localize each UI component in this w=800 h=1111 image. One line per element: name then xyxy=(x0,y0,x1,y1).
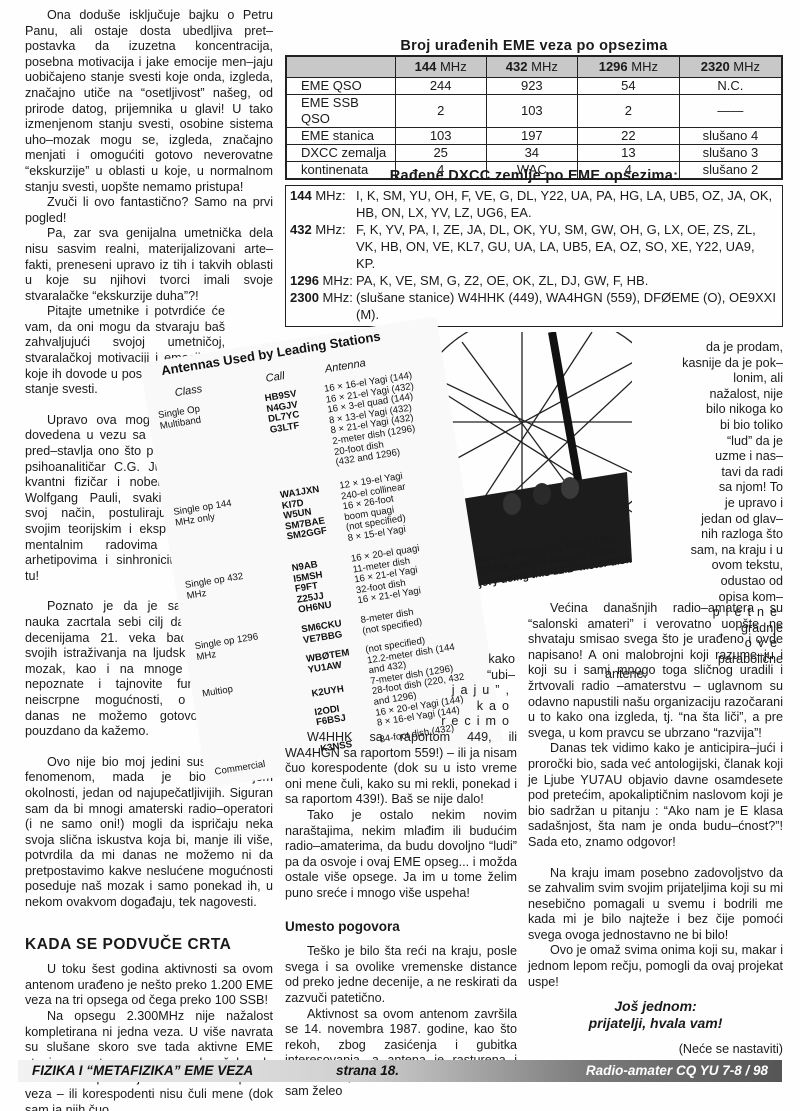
table-cell: 25 xyxy=(395,145,486,162)
country-list: PA, K, VE, SM, G, Z2, OE, OK, ZL, DJ, GW… xyxy=(356,272,776,289)
table-row: EME QSO 244 923 54 N.C. xyxy=(286,78,782,95)
eme-table: 144 MHz 432 MHz 1296 MHz 2320 MHz EME QS… xyxy=(285,55,783,180)
page-footer: FIZIKA I “METAFIZIKA” EME VEZA strana 18… xyxy=(18,1060,782,1082)
continuation-note: (Neće se nastaviti) xyxy=(528,1042,783,1058)
table-cell: 2 xyxy=(577,95,679,128)
country-list: F, K, YV, PA, I, ZE, JA, DL, OK, YU, SM,… xyxy=(356,221,776,272)
table-cell: 103 xyxy=(395,128,486,145)
band-label: 1296 MHz: xyxy=(290,272,356,289)
table-cell: slušano 3 xyxy=(679,145,782,162)
table-title: Broj urađenih EME veza po opsezima xyxy=(285,38,783,54)
closing-line: prijatelji, hvala vam! xyxy=(528,1015,783,1032)
paragraph: Danas tek vidimo kako je anticipira–jući… xyxy=(528,741,783,850)
dxcc-list-box: 144 MHz: I, K, SM, YU, OH, F, VE, G, DL,… xyxy=(285,185,783,327)
antenna-group: Single op 144 MHz only WA1JXNKI7DW5UNSM7… xyxy=(163,463,459,510)
table-cell: 197 xyxy=(486,128,577,145)
country-list: (slušane stanice) W4HHK (449), WA4HGN (5… xyxy=(356,289,776,323)
paragraph: Teško je bilo šta reći na kraju, posle s… xyxy=(285,944,517,1006)
page-number: strana 18. xyxy=(336,1063,399,1078)
table-cell: 34 xyxy=(486,145,577,162)
paragraph: Zvuči li ovo fantastično? Samo na prvi p… xyxy=(25,195,273,226)
dxcc-row: 144 MHz: I, K, SM, YU, OH, F, VE, G, DL,… xyxy=(290,187,776,221)
band-label: 432 MHz: xyxy=(290,221,356,272)
dxcc-countries-box: Rađene DXCC zemlje po EME opsezima: 144 … xyxy=(285,168,783,327)
magazine-page: Ona doduše isključuje bajku o Petru Panu… xyxy=(0,0,800,1111)
table-header: 144 MHz xyxy=(395,56,486,78)
table-cell: 923 xyxy=(486,78,577,95)
table-cell: 244 xyxy=(395,78,486,95)
row-label: EME stanica xyxy=(286,128,395,145)
table-cell: N.C. xyxy=(679,78,782,95)
paragraph: Ona doduše isključuje bajku o Petru Panu… xyxy=(25,8,273,195)
paragraph: Pa, zar sva genijalna umetnička dela nis… xyxy=(25,226,273,304)
table-header-empty xyxy=(286,56,395,78)
paragraph: W4HHK sa raportom 449, ili WA4HGN sa rap… xyxy=(285,730,517,808)
right-column: Većina današnjih radio–amatera su “salon… xyxy=(528,601,783,1058)
table-cell: slušano 4 xyxy=(679,128,782,145)
table-cell: 22 xyxy=(577,128,679,145)
band-label: 144 MHz: xyxy=(290,187,356,221)
table-row: EME SSB QSO 2 103 2 —— xyxy=(286,95,782,128)
mid-wrap-lines: kako “ubi– jaju”, kao recimo xyxy=(435,652,515,730)
table-row: EME stanica 103 197 22 slušano 4 xyxy=(286,128,782,145)
row-label: EME QSO xyxy=(286,78,395,95)
paragraph: U toku šest godina aktivnosti sa ovom an… xyxy=(25,962,273,1009)
dxcc-row: 1296 MHz: PA, K, VE, SM, G, Z2, OE, OK, … xyxy=(290,272,776,289)
table-cell: 103 xyxy=(486,95,577,128)
magazine-issue: Radio-amater CQ YU 7-8 / 98 xyxy=(586,1063,768,1078)
eme-contacts-table: Broj urađenih EME veza po opsezima 144 M… xyxy=(285,38,783,180)
table-cell: 2 xyxy=(395,95,486,128)
dxcc-row: 432 MHz: F, K, YV, PA, I, ZE, JA, DL, OK… xyxy=(290,221,776,272)
paragraph: Tako je ostalo nekim novim naraštajima, … xyxy=(285,808,517,902)
dxcc-title: Rađene DXCC zemlje po EME opsezima: xyxy=(285,168,783,184)
closing-line: Još jednom: xyxy=(528,998,783,1015)
section-heading: KADA SE PODVUČE CRTA xyxy=(25,937,273,953)
row-label: DXCC zemalja xyxy=(286,145,395,162)
class-header: Class xyxy=(174,384,203,399)
paragraph: Aktivnost sa ovom antenom završila se 14… xyxy=(285,1007,517,1101)
footer-article-title: FIZIKA I “METAFIZIKA” EME VEZA xyxy=(32,1063,253,1078)
table-cell: 13 xyxy=(577,145,679,162)
paragraph: Na kraju imam posebno zadovoljstvo da se… xyxy=(528,866,783,944)
table-header: 2320 MHz xyxy=(679,56,782,78)
table-header: 432 MHz xyxy=(486,56,577,78)
paragraph: Ovo je omaž svima onima koji su, makar i… xyxy=(528,943,783,990)
middle-column: W4HHK sa raportom 449, ili WA4HGN sa rap… xyxy=(285,730,517,1100)
band-label: 2300 MHz: xyxy=(290,289,356,323)
table-cell: 54 xyxy=(577,78,679,95)
dxcc-row: 2300 MHz: (slušane stanice) W4HHK (449),… xyxy=(290,289,776,323)
antenna-group: Single op 432 MHz N9ABI5MSHF9FTZ25JJOH6N… xyxy=(175,536,471,583)
table-header: 1296 MHz xyxy=(577,56,679,78)
row-label: EME SSB QSO xyxy=(286,95,395,128)
paragraph: Većina današnjih radio–amatera su “salon… xyxy=(528,601,783,741)
call-header: Call xyxy=(265,371,285,384)
table-header-row: 144 MHz 432 MHz 1296 MHz 2320 MHz xyxy=(286,56,782,78)
table-cell: —— xyxy=(679,95,782,128)
antenna-header: Antenna xyxy=(324,358,366,375)
section-heading: Umesto pogovora xyxy=(285,919,517,935)
country-list: I, K, SM, YU, OH, F, VE, G, DL, Y22, UA,… xyxy=(356,187,776,221)
table-row: DXCC zemalja 25 34 13 slušano 3 xyxy=(286,145,782,162)
